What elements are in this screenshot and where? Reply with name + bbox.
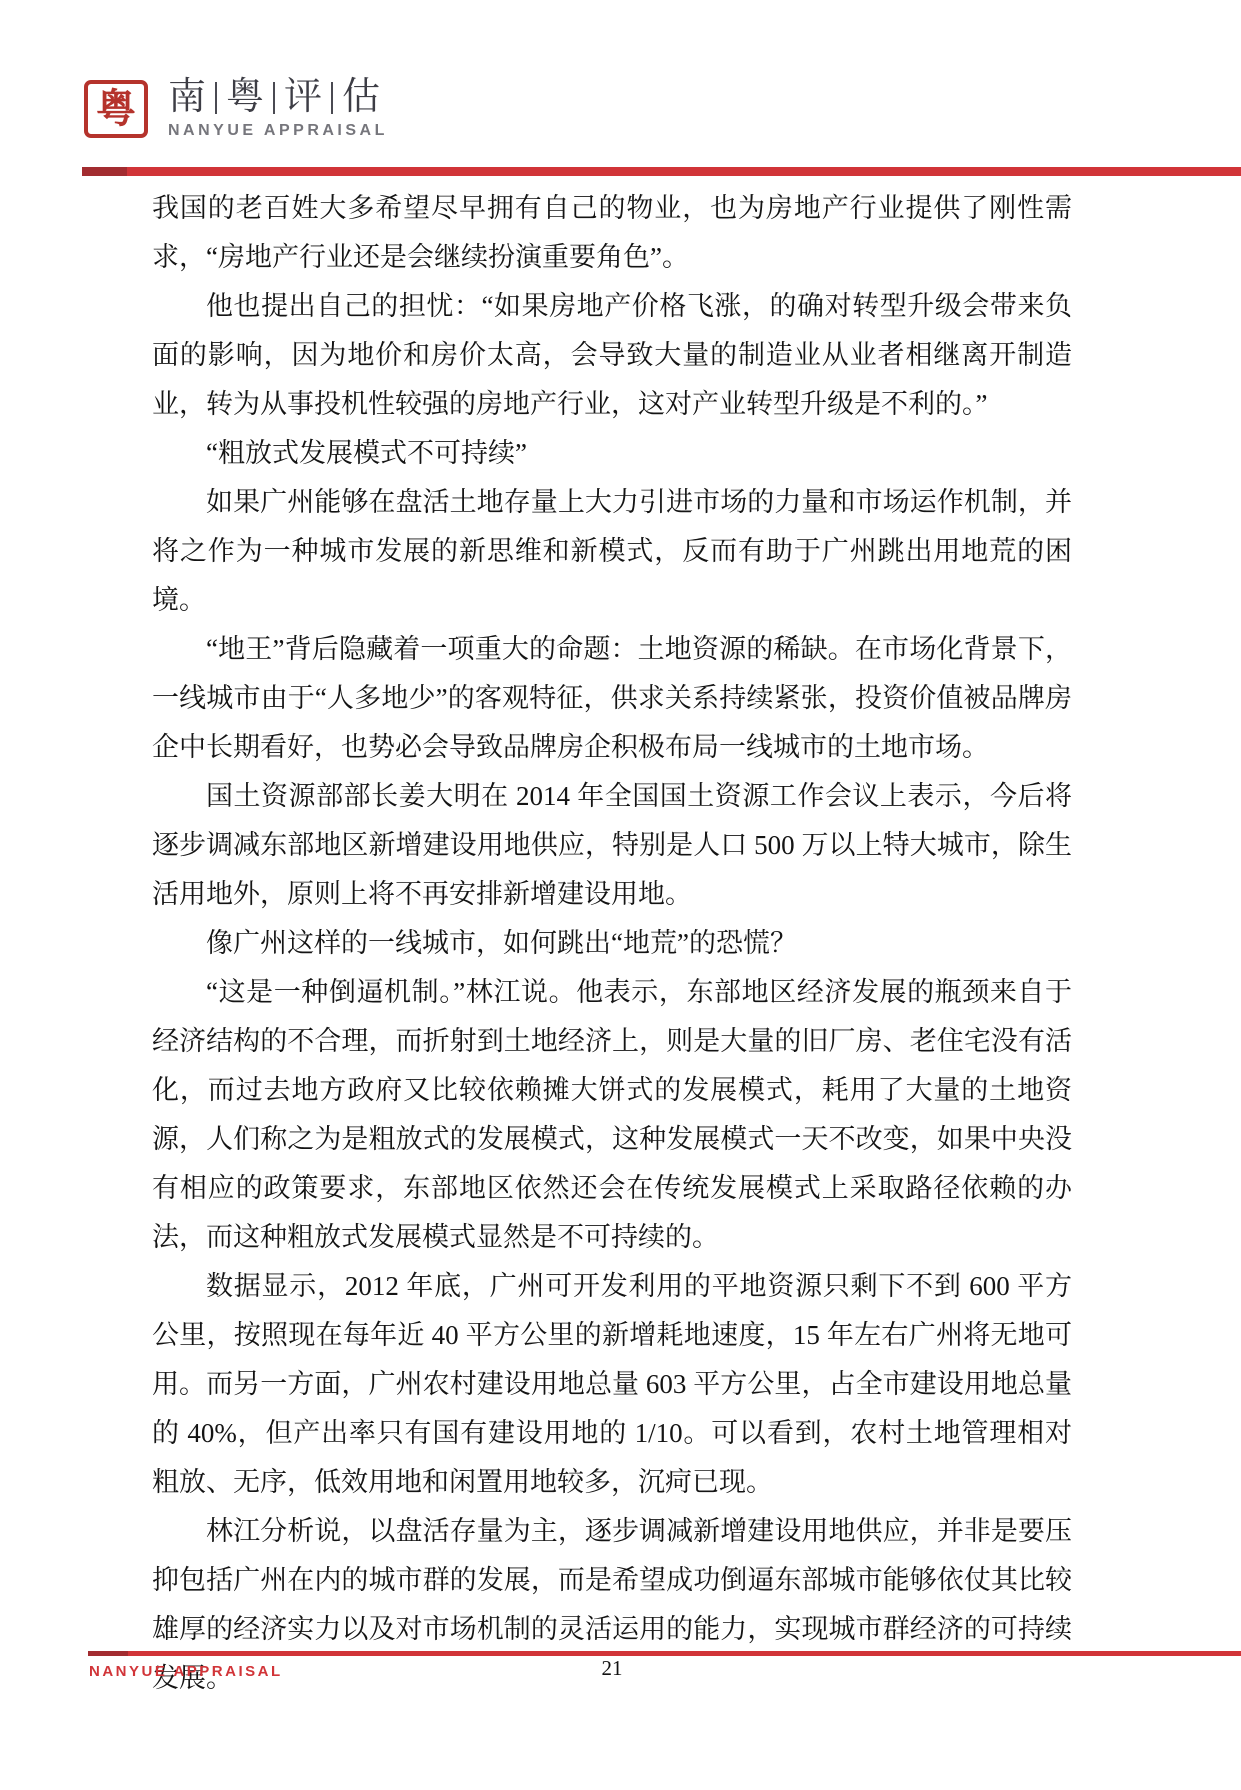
paragraph: “地王”背后隐藏着一项重大的命题：土地资源的稀缺。在市场化背景下，一线城市由于“… [152,625,1072,772]
logo-char: 南 [168,78,206,118]
seal-logo-icon: 粤 [84,80,148,138]
document-body: 我国的老百姓大多希望尽早拥有自己的物业，也为房地产行业提供了刚性需求，“房地产行… [152,184,1072,1703]
paragraph: “粗放式发展模式不可持续” [152,429,1072,478]
logo-divider [215,82,217,114]
logo-wordmark: 南 粤 评 估 [168,78,388,118]
company-logo: 粤 南 粤 评 估 NANYUE APPRAISAL [84,78,388,140]
logo-subtitle: NANYUE APPRAISAL [168,122,388,140]
logo-divider [331,82,333,114]
logo-char: 粤 [226,78,264,118]
paragraph: 如果广州能够在盘活土地存量上大力引进市场的力量和市场运作机制，并将之作为一种城市… [152,478,1072,625]
logo-char: 估 [342,78,380,118]
paragraph: 像广州这样的一线城市，如何跳出“地荒”的恐慌？ [152,919,1072,968]
logo-divider [273,82,275,114]
logo-text-block: 南 粤 评 估 NANYUE APPRAISAL [168,78,388,140]
paragraph: “这是一种倒逼机制。”林江说。他表示，东部地区经济发展的瓶颈来自于经济结构的不合… [152,968,1072,1262]
header-rule [82,167,1241,176]
paragraph: 数据显示，2012 年底，广州可开发利用的平地资源只剩下不到 600 平方公里，… [152,1262,1072,1507]
paragraph: 他也提出自己的担忧：“如果房地产价格飞涨，的确对转型升级会带来负面的影响，因为地… [152,282,1072,429]
seal-character: 粤 [96,89,136,129]
logo-char: 评 [284,78,322,118]
paragraph: 我国的老百姓大多希望尽早拥有自己的物业，也为房地产行业提供了刚性需求，“房地产行… [152,184,1072,282]
document-page: 粤 南 粤 评 估 NANYUE APPRAISAL 我国的老百姓大多希望尽早拥… [0,0,1241,1790]
page-number: 21 [152,1656,1072,1681]
paragraph: 国土资源部部长姜大明在 2014 年全国国土资源工作会议上表示，今后将逐步调减东… [152,772,1072,919]
